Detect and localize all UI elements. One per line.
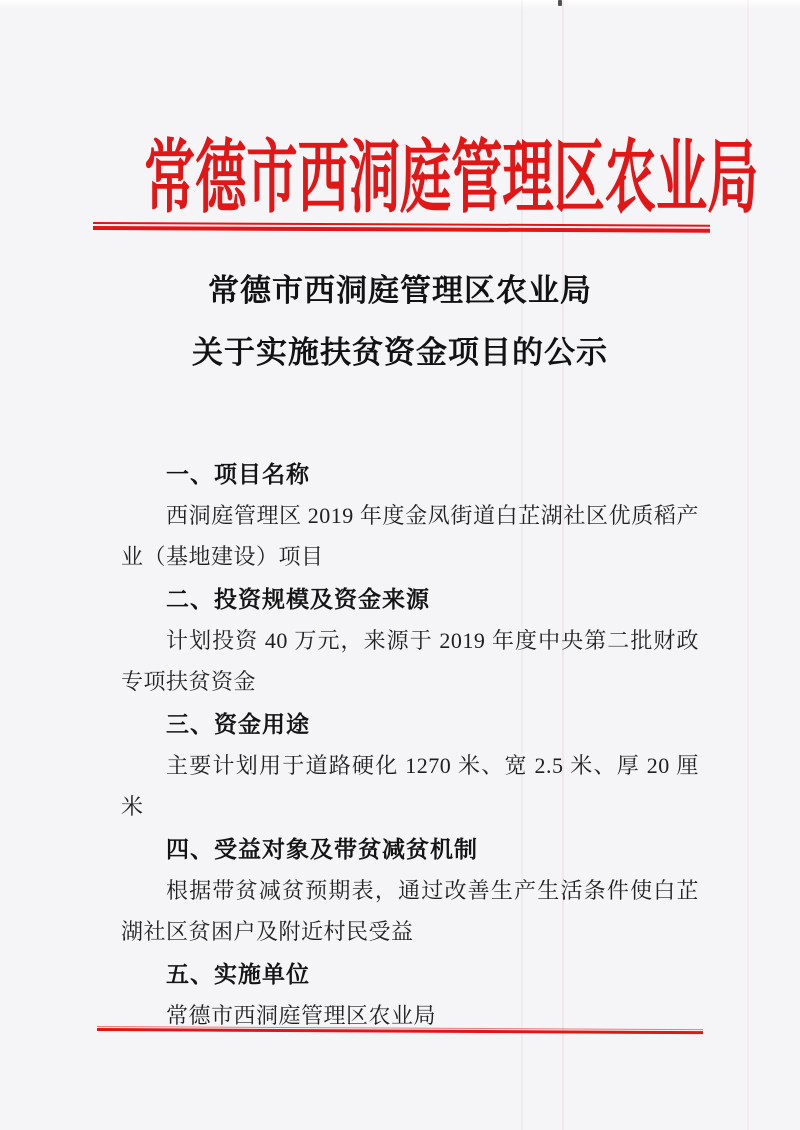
section-3-body: 主要计划用于道路硬化 1270 米、宽 2.5 米、厚 20 厘米 <box>121 745 699 827</box>
section-4-heading: 四、受益对象及带贫减贫机制 <box>121 829 699 870</box>
section-1-heading: 一、项目名称 <box>121 454 699 495</box>
section-1-body: 西洞庭管理区 2019 年度金凤街道白芷湖社区优质稻产业（基地建设）项目 <box>121 495 699 577</box>
document-title-line2: 关于实施扶贫资金项目的公示 <box>0 334 800 371</box>
letterhead-org-name: 常德市西洞庭管理区农业局 <box>144 139 656 219</box>
letterhead-rule-thick <box>93 226 710 233</box>
scanned-document-page: 常德市西洞庭管理区农业局 常德市西洞庭管理区农业局 关于实施扶贫资金项目的公示 … <box>0 0 800 1130</box>
section-5-heading: 五、实施单位 <box>121 954 699 995</box>
document-title-line1: 常德市西洞庭管理区农业局 <box>0 272 800 309</box>
section-4-body: 根据带贫减贫预期表，通过改善生产生活条件使白芷湖社区贫困户及附近村民受益 <box>121 870 699 952</box>
letterhead-double-rule <box>93 222 710 233</box>
section-2-heading: 二、投资规模及资金来源 <box>121 579 699 620</box>
document-body: 一、项目名称 西洞庭管理区 2019 年度金凤街道白芷湖社区优质稻产业（基地建设… <box>121 452 699 1036</box>
scan-artifact-mark <box>558 0 562 6</box>
section-3-heading: 三、资金用途 <box>121 704 699 745</box>
section-2-body: 计划投资 40 万元，来源于 2019 年度中央第二批财政专项扶贫资金 <box>121 620 699 702</box>
